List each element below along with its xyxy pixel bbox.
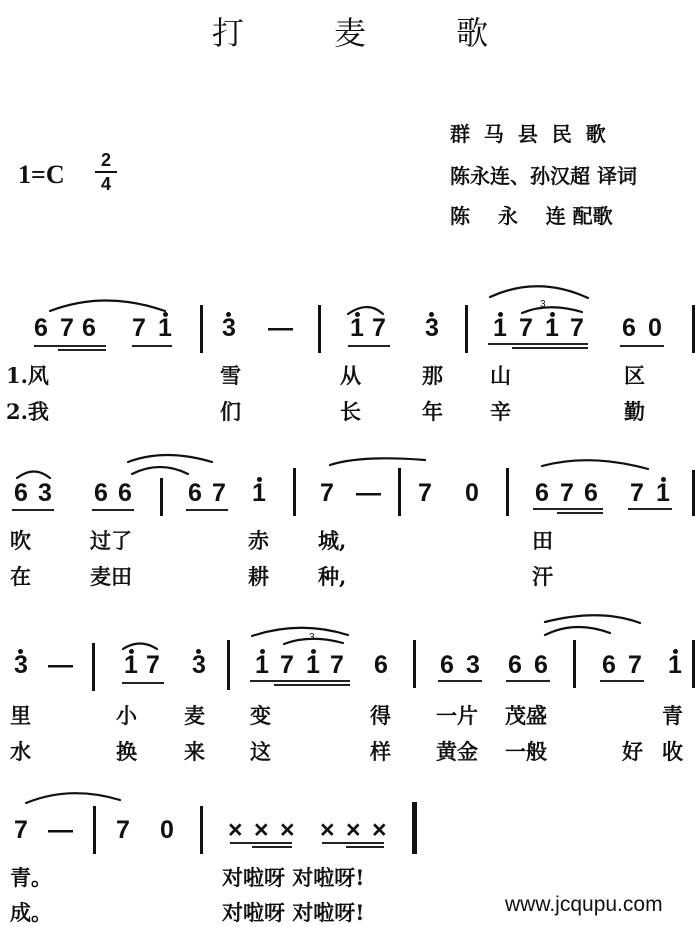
- slur: [252, 628, 348, 636]
- slur: [26, 793, 120, 803]
- slur: [17, 472, 50, 479]
- triplet-number: 3: [540, 299, 546, 310]
- slur: [50, 301, 165, 312]
- slur-layer: 3 3: [0, 0, 700, 927]
- slur: [545, 615, 640, 623]
- watermark: www.jcqupu.com: [505, 893, 663, 917]
- slur: [542, 460, 648, 469]
- slur: [545, 627, 610, 635]
- slur: [330, 458, 425, 465]
- triplet-slur: [522, 307, 582, 313]
- triplet-number: 3: [309, 632, 315, 643]
- slur: [132, 467, 188, 474]
- slur: [128, 455, 212, 462]
- slur: [490, 286, 588, 298]
- slur: [348, 307, 383, 314]
- slur: [123, 644, 157, 650]
